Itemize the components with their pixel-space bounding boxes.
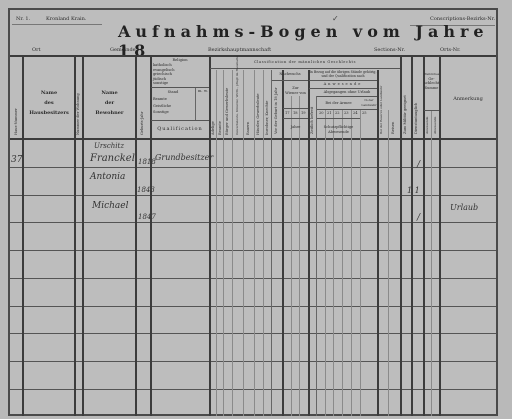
class-col-header: Bauern: [246, 122, 251, 135]
age-divider: [283, 118, 308, 119]
class-col-header: Häusler, Gewerbsleute: [256, 93, 261, 135]
religion-box: katholisch evangelisch griechisch jüdisc…: [153, 63, 209, 86]
female-absent-header: Abwesende: [433, 117, 438, 134]
check-mark-icon: ✓: [332, 14, 339, 23]
religion-label: sonstige: [153, 81, 168, 85]
status-box-divider: [195, 88, 196, 120]
age-col: 17: [285, 111, 290, 116]
col-divider: [243, 70, 244, 416]
status-box-border: [151, 120, 209, 121]
col-divider: [351, 110, 352, 416]
col-divider: [431, 110, 432, 416]
female-header-line: schlecht: [424, 81, 439, 86]
col-divider: [439, 56, 441, 416]
qualification-header: Qualification: [151, 126, 209, 132]
nachwuchs-divider: [272, 80, 308, 81]
military-divider: [317, 96, 377, 97]
col-divider: [342, 110, 343, 416]
vom-jahre-header: Zur Wiener von: [283, 86, 308, 95]
entry-birth-year[interactable]: 1847: [138, 213, 156, 221]
col-divider: [232, 70, 233, 416]
owner-name-header-line: des: [24, 100, 74, 106]
entry-qualification[interactable]: Grundbesitzer: [155, 153, 213, 162]
born-before-header: Vor der Geburt in 18 Jahr: [274, 88, 279, 134]
col-divider: [388, 110, 389, 416]
owner-name-header: Name des Hausbesitzers: [24, 90, 74, 116]
military-year: 20: [319, 111, 324, 116]
age-divider: [283, 108, 308, 109]
owner-name-header-line: Name: [24, 90, 74, 96]
col-divider: [325, 110, 326, 416]
entry-birth-year[interactable]: 1843: [137, 186, 155, 194]
resident-name-header-line: Bewohner: [84, 110, 135, 116]
anwesend-header: Anwesende: [309, 82, 377, 87]
entry-resident-name[interactable]: Franckel: [90, 153, 135, 164]
header-underline: [12, 24, 102, 25]
owner-name-header-line: Hausbesitzers: [24, 110, 74, 116]
female-header-line: Weibliches: [424, 72, 439, 77]
military-title: In Bezug auf die übrigen Stände gehörig,…: [309, 70, 377, 78]
col-divider: [223, 70, 224, 416]
religion-label: griechisch: [153, 72, 172, 76]
col-divider: [360, 110, 361, 416]
entry-mark[interactable]: /: [417, 213, 420, 223]
gemeinde-label: Gemeinde: [110, 47, 136, 53]
house-number-header: Haus-Nummer: [14, 108, 19, 135]
jahre-header: Jahre: [283, 125, 308, 130]
entry-mark[interactable]: /: [417, 160, 420, 170]
col-divider: [254, 70, 255, 416]
bezirkshauptmannschaft-label: Bezirkshauptmannschaft: [208, 47, 271, 53]
religion-label: evangelisch: [153, 68, 175, 72]
class-col-header: Beamte: [218, 121, 223, 135]
class-col-header: Gewerbsleute, Künstler, Wirth., pflegt i…: [235, 56, 240, 135]
female-header: Weibliches Ge- schlecht Summe: [424, 72, 439, 90]
military-year: 22: [335, 111, 340, 116]
form-number: Nr. 1.: [16, 16, 30, 22]
ort-number-label: Orts-Nr.: [440, 47, 461, 53]
col-divider: [271, 70, 272, 416]
unberechtigt-header: Schutzpflichtige Abwesende: [317, 125, 360, 134]
birth-year-header: Geburts-Jahr: [140, 112, 145, 135]
vom-jahre-line: Wiener von: [283, 91, 308, 96]
entry-remarks[interactable]: Urlaub: [450, 203, 478, 212]
female-present-header: Anwesende: [425, 117, 430, 134]
census-form-sheet: Nr. 1. Kronland Krain. Conscriptions-Bez…: [8, 8, 498, 416]
age-col: 19: [301, 111, 306, 116]
entry-mark[interactable]: 1 1: [407, 186, 420, 195]
military-year: 25: [362, 111, 367, 116]
dienstunfaehig-header: Dienstuntauglich: [414, 103, 419, 134]
military-divider: [309, 88, 377, 89]
col-divider: [209, 56, 211, 416]
status-col-w: w.: [204, 89, 208, 94]
col-divider: [316, 96, 317, 416]
military-divider: [317, 118, 360, 119]
resident-name-header-line: der: [84, 100, 135, 106]
status-label: Beamte: [153, 97, 171, 102]
section-number-label: Sections-Nr.: [374, 47, 405, 53]
resident-name-header-line: Name: [84, 90, 135, 96]
military-divider: [317, 109, 377, 110]
in-der-landwehr-header: In der Landwehr: [361, 98, 377, 107]
col-divider: [282, 70, 284, 416]
crownland-label: Kronland Krain.: [46, 16, 86, 22]
age-col: 18: [293, 111, 298, 116]
religion-label: jüdisch: [153, 77, 166, 81]
entry-house-number[interactable]: 37: [11, 155, 22, 165]
status-box-title: Stand: [151, 90, 195, 95]
entry-resident-name-line1[interactable]: Urschitz: [94, 142, 124, 150]
reserve-header: Bei der Reserve oder Landwehr: [379, 86, 384, 134]
status-col-m: m.: [198, 89, 203, 94]
entry-resident-name[interactable]: Michael: [92, 201, 129, 211]
military-service-header: Zum Militär geeignet: [403, 95, 408, 134]
apartment-number-header: Nummer der Wohnung: [76, 93, 81, 135]
resident-name-header: Name der Bewohner: [84, 90, 135, 116]
nachwuchs-header: Nachwuchs: [272, 72, 308, 77]
entry-birth-year[interactable]: 1818: [138, 158, 156, 166]
zeitlich-befreit-header: Zeitlich befreit: [310, 107, 315, 134]
ort-label: Ort: [32, 47, 41, 53]
military-year: 24: [353, 111, 358, 116]
female-header-line: Summe: [424, 86, 439, 91]
col-divider: [333, 110, 334, 416]
entry-resident-name[interactable]: Antonia: [90, 172, 125, 182]
class-col-header: Bürger und Gewerbsleute: [225, 88, 230, 135]
military-year: 21: [327, 111, 332, 116]
col-divider: [291, 96, 292, 416]
religion-box-title: Religion: [151, 58, 209, 63]
remarks-header: Anmerkung: [440, 96, 496, 102]
col-divider: [216, 70, 217, 416]
col-divider: [150, 56, 152, 416]
military-year: 23: [344, 111, 349, 116]
class-col-header: Inwohner, Knechte: [265, 101, 270, 135]
bei-der-armee-header: Bei der Armee: [317, 101, 360, 106]
col-divider: [400, 56, 402, 416]
religion-row: sonstige: [153, 81, 209, 86]
religion-label: katholisch: [153, 63, 172, 67]
col-divider: [299, 96, 300, 416]
abwesend-header: Abgegangen ohne Urlaub: [317, 90, 377, 95]
military-divider: [309, 80, 377, 81]
religion-box-border: [151, 87, 209, 88]
col-divider: [135, 56, 137, 416]
female-divider: [424, 110, 439, 111]
class-col-header: Adelige: [211, 121, 216, 135]
col-divider: [411, 56, 413, 416]
reisen-header: Reisen: [391, 122, 396, 134]
status-label: Sonstige: [153, 110, 171, 115]
status-label: Geistliche: [153, 104, 171, 109]
status-box: Beamte Geistliche Sonstige: [153, 97, 171, 115]
col-divider: [263, 70, 264, 416]
